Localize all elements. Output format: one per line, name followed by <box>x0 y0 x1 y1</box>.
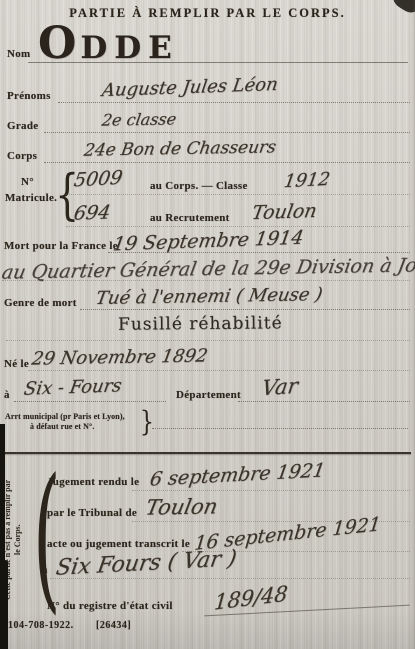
mort-label: Mort pour la France le <box>4 240 118 252</box>
naissance-date: 29 Novembre 1892 <box>30 345 209 369</box>
ne-le-label: Né le <box>4 358 29 370</box>
arrondissement-label-1: Arrt municipal (pr Paris et Lyon), <box>5 412 125 421</box>
arrondissement-brace: } <box>140 408 154 436</box>
jugement-lieu: Six Fours ( Var ) <box>54 546 238 581</box>
naissance-rule <box>28 370 410 371</box>
jugement-rendu-label: Jugement rendu le <box>47 476 139 488</box>
arrondissement-rule <box>152 428 408 429</box>
corps-value: 24e Bon de Chasseurs <box>82 137 277 160</box>
recrutement-place: Toulon <box>250 200 319 224</box>
prenoms-rule <box>58 102 410 103</box>
footer-code: [26434] <box>96 620 131 631</box>
transcrit-label: acte ou jugement transcrit le <box>47 538 190 550</box>
mort-lieu-rule <box>2 280 410 281</box>
military-death-record-card: PARTIE À REMPLIR PAR LE CORPS. Nom ODDE … <box>0 0 415 649</box>
prenoms-label: Prénoms <box>7 90 51 102</box>
commune-rule <box>14 401 166 402</box>
grade-value: 2e classe <box>100 109 177 129</box>
corps-rule <box>44 162 410 163</box>
jugement-a-label: à <box>42 564 48 576</box>
mort-rule <box>108 252 410 253</box>
commune-value: Six - Fours <box>22 375 123 400</box>
section-divider <box>0 452 411 454</box>
departement-rule <box>238 401 410 402</box>
matricule-label: Matricule. <box>5 192 57 204</box>
a-label: à <box>4 389 10 401</box>
arrondissement-label-2: à défaut rue et N°. <box>30 422 94 431</box>
matricule-corps-number: 5009 <box>72 167 124 192</box>
genre-mort-value: Tué à l'ennemi ( Meuse ) <box>94 284 324 309</box>
matricule-rule-2 <box>66 226 410 227</box>
genre-mort-mention: Fusillé réhabilité <box>118 313 283 334</box>
au-recrutement-label: au Recrutement <box>150 212 230 224</box>
tribunal-label: par le Tribunal de <box>47 507 137 519</box>
nom-label: Nom <box>7 48 31 60</box>
genre-mort-label: Genre de mort <box>4 297 77 309</box>
grade-label: Grade <box>7 120 38 132</box>
scan-edge-left-bottom <box>0 560 8 649</box>
classe-value: 1912 <box>282 169 331 193</box>
matricule-rule-1 <box>66 194 410 195</box>
nom-rule <box>28 62 408 63</box>
grade-rule <box>44 132 410 133</box>
genre-mort-rule <box>80 309 410 310</box>
jugement-rendu-rule <box>132 490 410 491</box>
departement-value: Var <box>260 374 299 401</box>
tribunal-value: Toulon <box>144 494 220 519</box>
departement-label: Département <box>176 389 241 401</box>
jugement-lieu-rule <box>50 578 410 579</box>
registre-label: N° du registre d'état civil <box>47 600 173 612</box>
corps-label: Corps <box>7 150 37 162</box>
prenoms-value: Auguste Jules Léon <box>101 74 280 101</box>
matricule-recrutement-number: 694 <box>72 201 112 224</box>
matricule-no-label: N° <box>21 176 34 188</box>
registre-value: 189/48 <box>213 581 288 614</box>
genre-mort-rule-2 <box>6 340 410 341</box>
footer-reference: 104-708-1922. <box>8 620 74 631</box>
jugement-rendu-date: 6 septembre 1921 <box>148 459 326 490</box>
au-corps-label: au Corps. — Classe <box>150 180 248 192</box>
